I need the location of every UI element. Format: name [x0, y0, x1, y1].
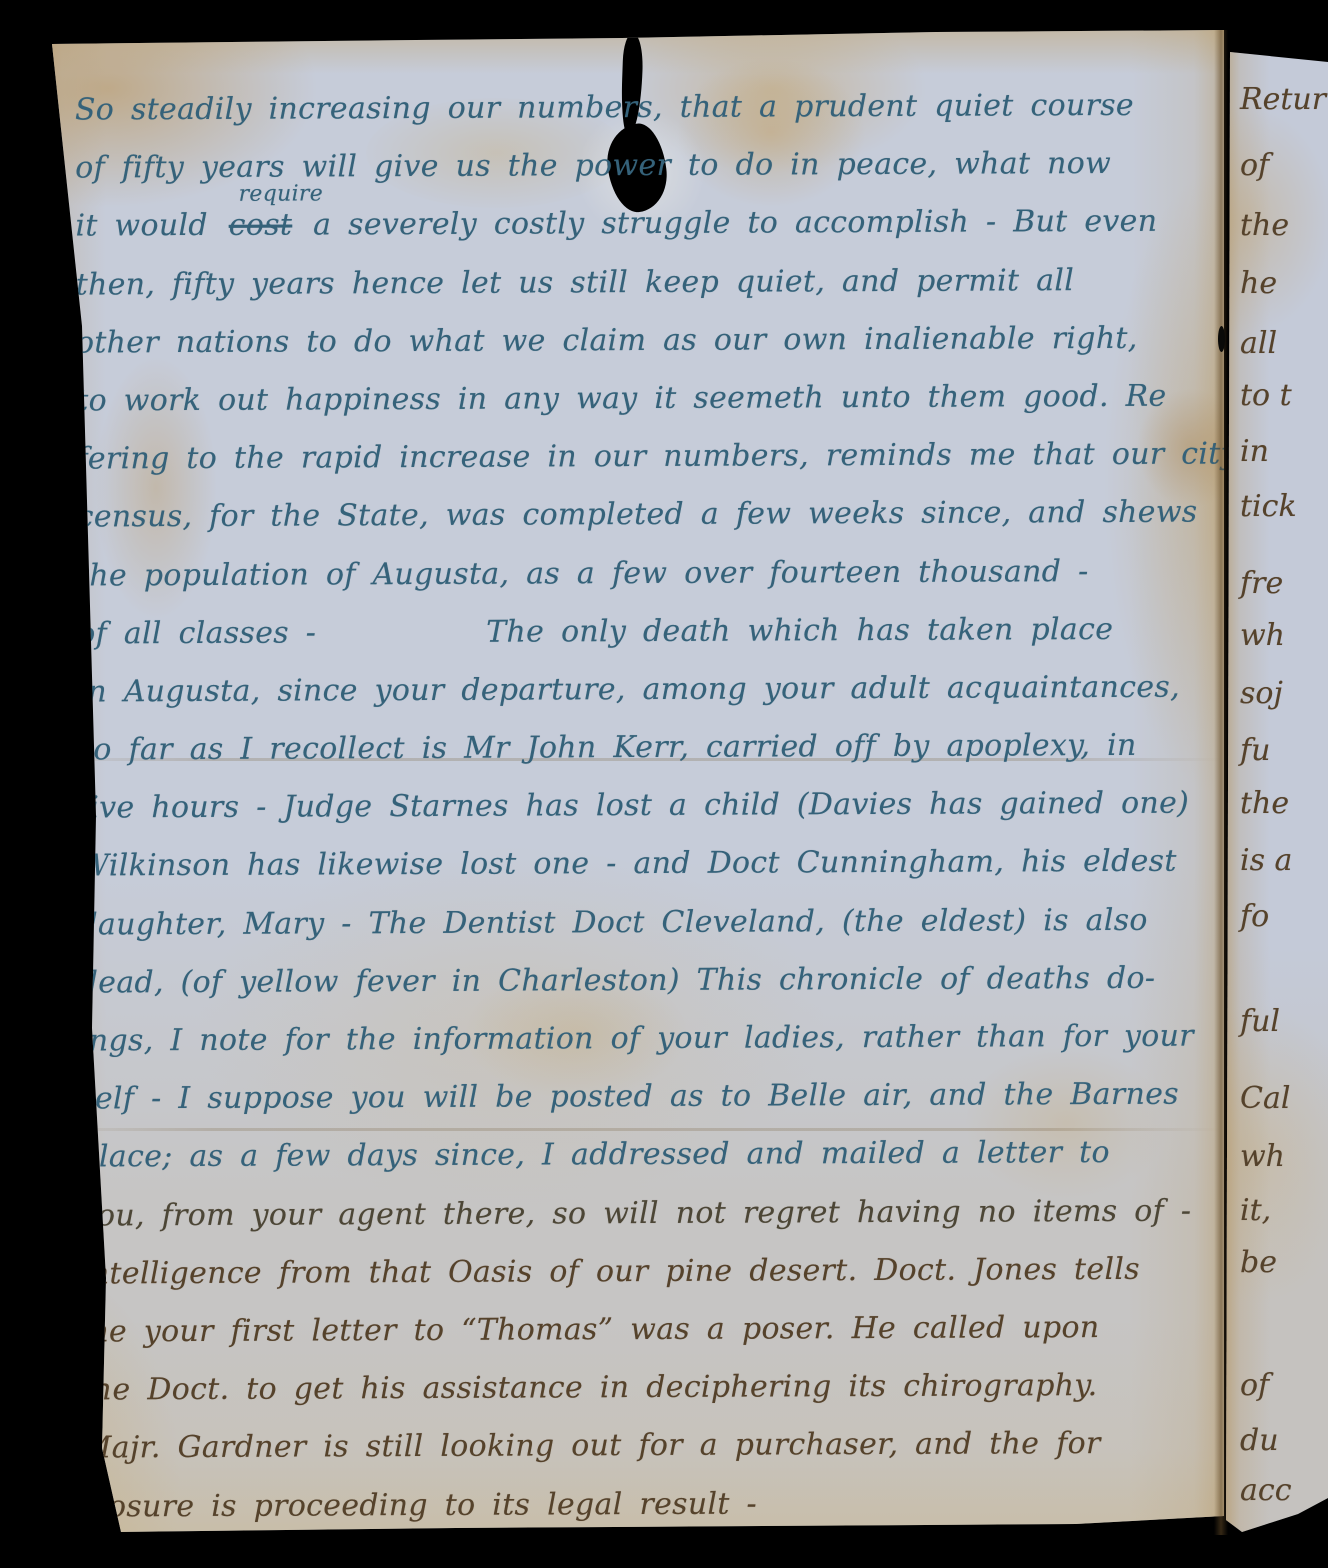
- manuscript-line-15: daughter, Mary - The Dentist Doct Clevel…: [78, 902, 1218, 965]
- manuscript-line-20: you, from your agent there, so will not …: [80, 1193, 1220, 1256]
- edge-fragment: tick: [1240, 489, 1297, 524]
- manuscript-line-17: ings, I note for the information of your…: [79, 1019, 1219, 1082]
- manuscript-line-09: the population of Augusta, as a few over…: [77, 553, 1217, 616]
- edge-fragment: fu: [1240, 733, 1270, 768]
- edge-fragment: is a: [1240, 843, 1292, 878]
- edge-fragment: wh: [1240, 1139, 1285, 1174]
- photo-background: So steadily increasing our numbers, that…: [0, 0, 1328, 1568]
- edge-fragment: in: [1240, 434, 1269, 469]
- edge-fragment: it,: [1240, 1193, 1271, 1228]
- edge-fragment: the: [1240, 786, 1289, 821]
- manuscript-line-10: of all classes -The only death which has…: [77, 611, 1217, 674]
- manuscript-line-01: So steadily increasing our numbers, that…: [75, 88, 1215, 151]
- edge-fragment: acc: [1240, 1473, 1292, 1508]
- edge-fragment: wh: [1240, 618, 1285, 653]
- manuscript-line-16: dead, (of yellow fever in Charleston) Th…: [79, 960, 1219, 1023]
- line-03-post: a severely costly struggle to accomplish…: [313, 204, 1157, 243]
- page-fold-gutter: [1214, 30, 1228, 1535]
- paragraph-gap: [316, 641, 486, 642]
- manuscript-line-13: five hours - Judge Starnes has lost a ch…: [78, 786, 1218, 849]
- letter-page: So steadily increasing our numbers, that…: [36, 28, 1224, 1540]
- edge-fragment: fre: [1240, 566, 1283, 601]
- edge-fragment: to t: [1240, 378, 1292, 413]
- edge-fragment: be: [1240, 1245, 1277, 1280]
- struck-word: cost: [229, 208, 293, 243]
- inserted-word: require: [239, 182, 324, 207]
- edge-fragment: ful: [1240, 1004, 1280, 1039]
- edge-fragment: soj: [1240, 676, 1283, 711]
- edge-fragment: fo: [1240, 899, 1269, 934]
- manuscript-line-23: the Doct. to get his assistance in decip…: [80, 1368, 1220, 1431]
- gutter-speck: [1218, 326, 1225, 352]
- manuscript-line-12: so far as I recollect is Mr John Kerr, c…: [78, 728, 1218, 791]
- manuscript-line-21: intelligence from that Oasis of our pine…: [80, 1251, 1220, 1314]
- edge-fragment: of: [1240, 1368, 1269, 1403]
- manuscript-line-05: other nations to do what we claim as our…: [76, 320, 1216, 383]
- line-10-a: of all classes -: [77, 615, 316, 651]
- manuscript-line-14: Wilkinson has likewise lost one - and Do…: [78, 844, 1218, 907]
- manuscript-line-25: closure is proceeding to its legal resul…: [81, 1484, 1221, 1547]
- manuscript-line-04: then, fifty years hence let us still kee…: [76, 262, 1216, 325]
- manuscript-line-08: census, for the State, was completed a f…: [77, 495, 1217, 558]
- manuscript-text-block: So steadily increasing our numbers, that…: [75, 88, 1221, 1548]
- manuscript-line-03: it would require cost a severely costly …: [75, 204, 1215, 267]
- edge-fragment: of: [1240, 148, 1269, 183]
- edge-fragment: he: [1240, 266, 1277, 301]
- manuscript-line-22: me your first letter to “Thomas” was a p…: [80, 1309, 1220, 1372]
- edge-fragment: Retur: [1240, 82, 1326, 117]
- edge-fragment: the: [1240, 208, 1289, 243]
- manuscript-line-06: to work out happiness in any way it seem…: [76, 378, 1216, 441]
- manuscript-line-24: Majr. Gardner is still looking out for a…: [81, 1426, 1221, 1489]
- adjacent-page-edge: Retur of the he all to t in tick fre wh …: [1226, 40, 1328, 1545]
- edge-fragment: all: [1240, 326, 1277, 361]
- line-10-b: The only death which has taken place: [486, 612, 1113, 650]
- line-03-pre: it would: [75, 208, 208, 244]
- manuscript-line-19: place; as a few days since, I addressed …: [79, 1135, 1219, 1198]
- edge-fragment: du: [1240, 1423, 1279, 1458]
- inline-correction: require cost: [225, 208, 314, 243]
- edge-fragment: Cal: [1240, 1081, 1290, 1116]
- manuscript-line-07: fering to the rapid increase in our numb…: [76, 437, 1216, 500]
- manuscript-line-11: in Augusta, since your departure, among …: [77, 669, 1217, 732]
- manuscript-line-18: self - I suppose you will be posted as t…: [79, 1077, 1219, 1140]
